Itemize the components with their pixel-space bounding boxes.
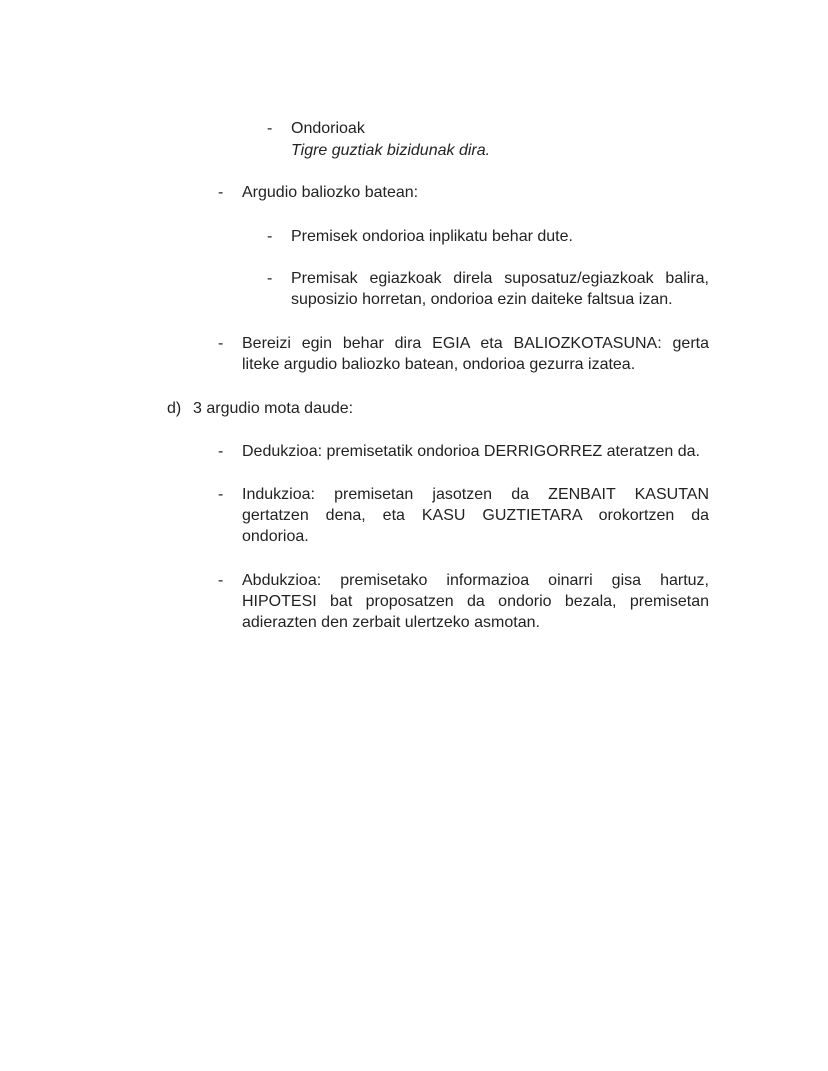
dedukzioa-text: Dedukzioa: premisetatik ondorioa DERRIGO… <box>242 441 700 462</box>
ondorioak-label: Ondorioak <box>291 118 365 139</box>
bullet-dash: - <box>218 570 223 591</box>
abdukzioa-text-line: Abdukzioa: premisetako informazioa oinar… <box>242 570 709 591</box>
bullet-dash: - <box>218 333 223 354</box>
indukzioa-text-line: Indukzioa: premisetan jasotzen da ZENBAI… <box>242 484 709 505</box>
bullet-dash: - <box>218 182 223 203</box>
abdukzioa-text-line: HIPOTESI bat proposatzen da ondorio beza… <box>242 591 709 612</box>
bullet-dash: - <box>218 484 223 505</box>
indukzioa-text-line: gertatzen dena, eta KASU GUZTIETARA orok… <box>242 505 709 526</box>
baliozko-label: Argudio baliozko batean: <box>242 182 418 203</box>
sub-item-text-line: Premisak egiazkoak direla suposatuz/egia… <box>291 268 709 289</box>
indukzioa-text-line: ondorioa. <box>242 526 309 547</box>
bullet-dash: - <box>267 226 272 247</box>
bullet-dash: - <box>218 441 223 462</box>
section-marker: d) <box>167 398 181 419</box>
bullet-dash: - <box>267 268 272 289</box>
bullet-dash: - <box>267 118 272 139</box>
sub-item-text-line: suposizio horretan, ondorioa ezin daitek… <box>291 289 673 310</box>
sub-item-text: Premisek ondorioa inplikatu behar dute. <box>291 226 573 247</box>
bereizi-text-line: Bereizi egin behar dira EGIA eta BALIOZK… <box>242 333 709 354</box>
abdukzioa-text-line: adierazten den zerbait ulertzeko asmotan… <box>242 612 540 633</box>
section-title: 3 argudio mota daude: <box>193 398 353 419</box>
ondorioak-example: Tigre guztiak bizidunak dira. <box>291 140 490 161</box>
bereizi-text-line: liteke argudio baliozko batean, ondorioa… <box>242 354 635 375</box>
